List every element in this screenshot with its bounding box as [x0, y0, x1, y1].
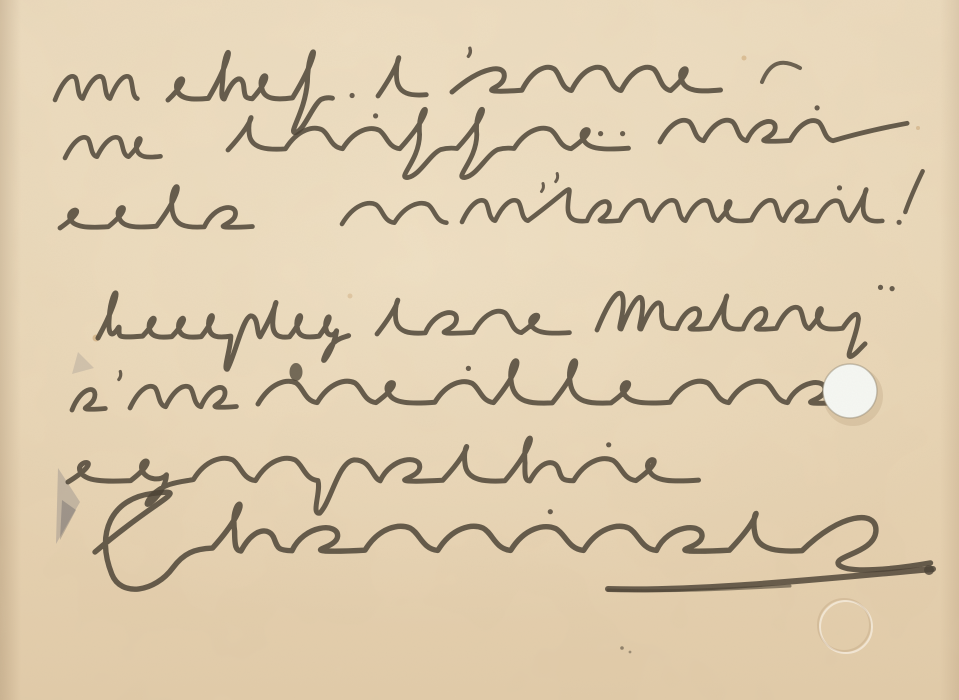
letter-scan — [0, 0, 959, 700]
paper-grain — [0, 0, 959, 700]
letter-paper: un chef d'œuvre ne suffise .. mais cela … — [0, 0, 959, 700]
